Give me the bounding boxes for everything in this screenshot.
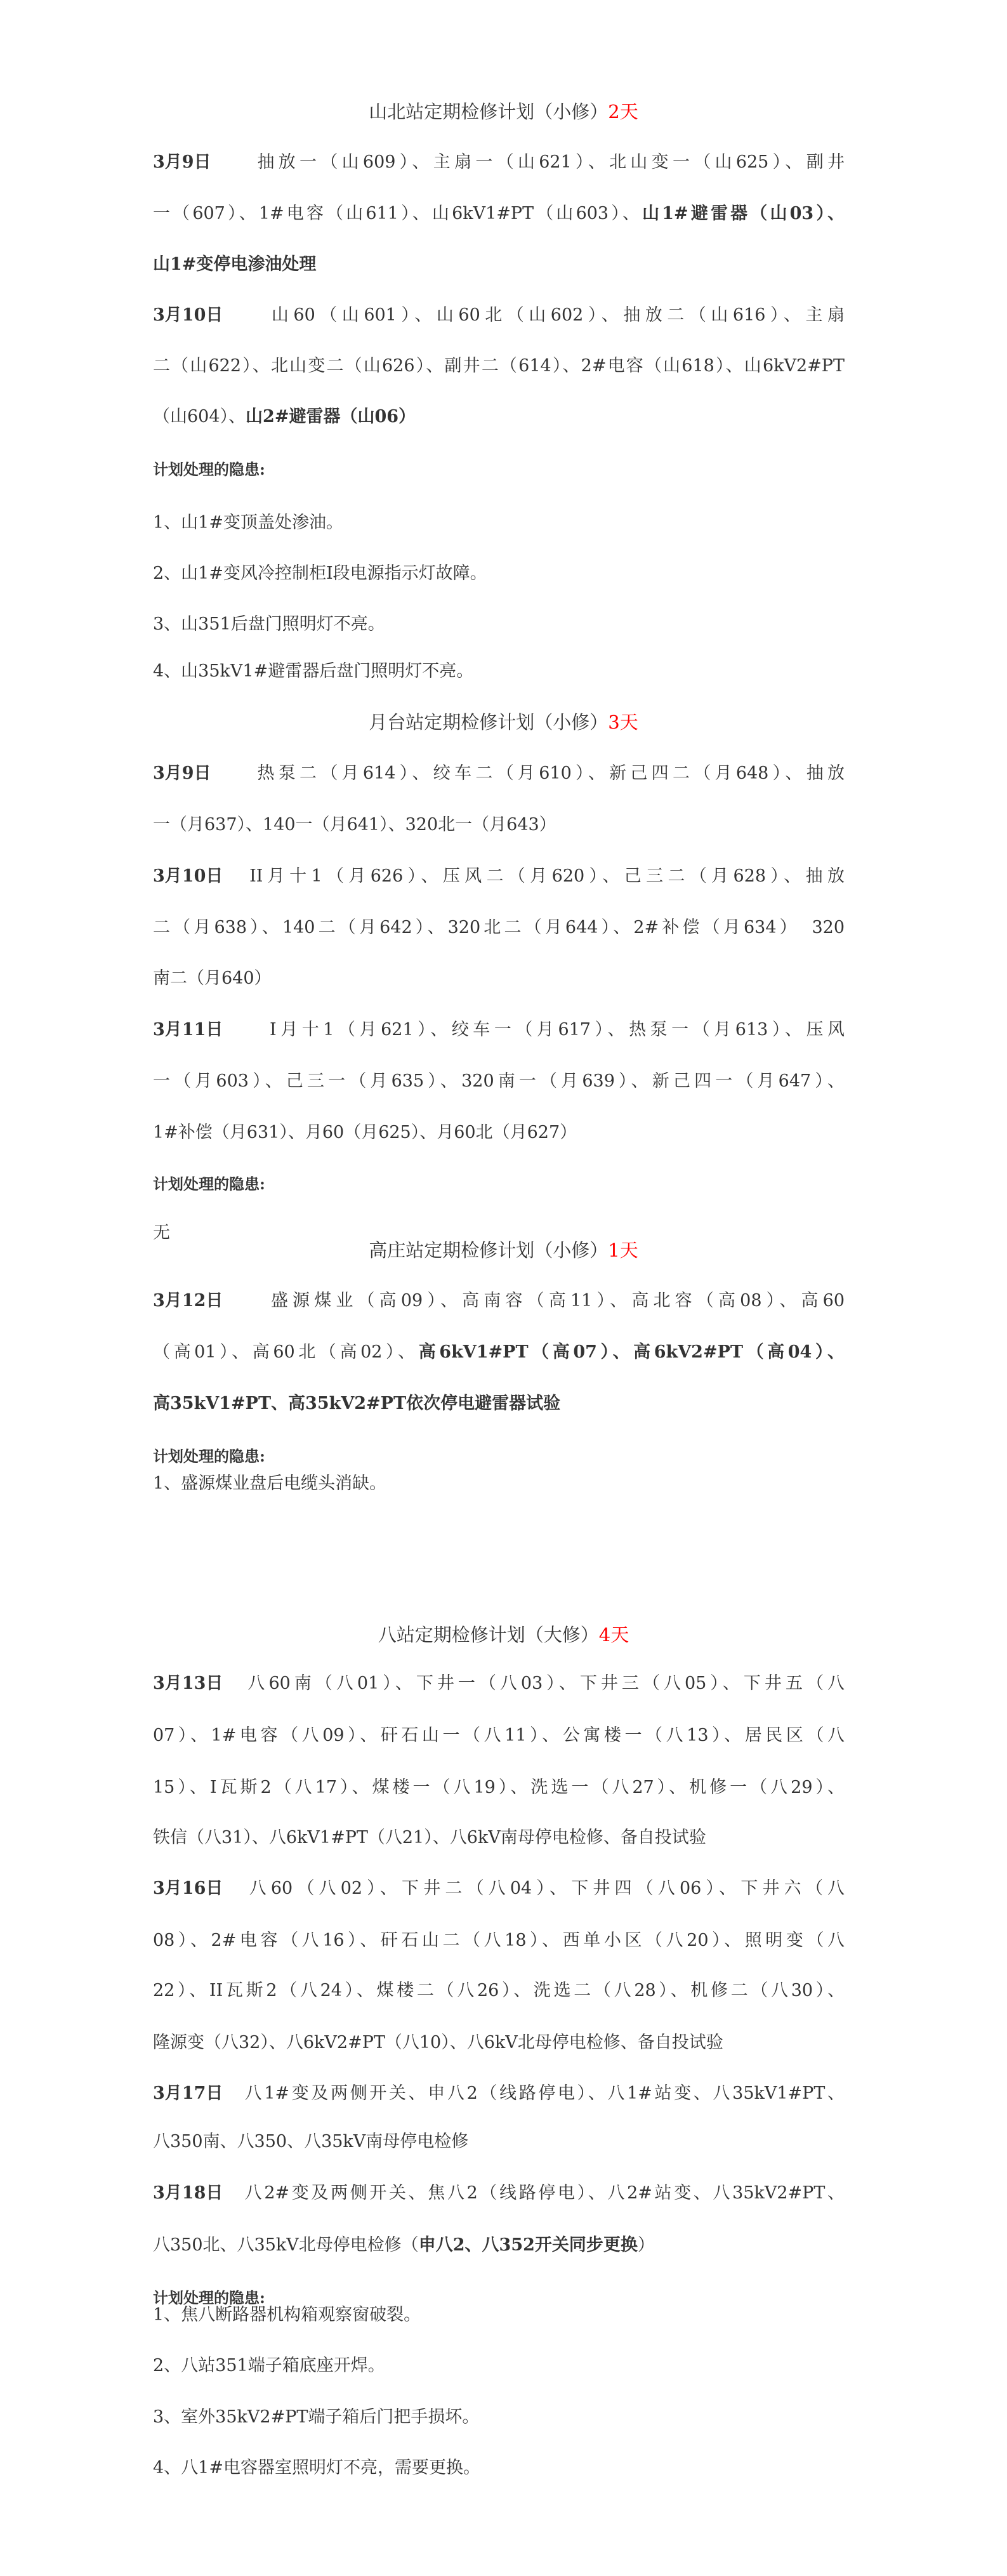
- schedule-line: 15）、I瓦斯2（八17）、煤楼一（八19）、洗选一（八27）、机修一（八29）…: [153, 1775, 845, 1800]
- schedule-line: 铁信（八31）、八6kV1#PT（八21）、八6kV南母停电检修、备自投试验: [153, 1825, 845, 1851]
- title-text: 月台站定期检修计划（小修）: [369, 711, 608, 733]
- schedule-date: 3月13日: [153, 1671, 223, 1696]
- line-text: 热泵二（月614）、绞车二（月610）、新己四二（月648）、抽放: [257, 763, 845, 783]
- line-text: 盛源煤业（高09）、高南容（高11）、高北容（高08）、高60: [271, 1291, 845, 1311]
- schedule-date: 3月11日: [153, 1017, 223, 1043]
- schedule-line: 3月9日 抽放一（山609）、主扇一（山621）、北山变一（山625）、副井: [153, 150, 845, 175]
- schedule-line: 08）、2#电容（八16）、矸石山二（八18）、西单小区（八20）、照明变（八: [153, 1928, 845, 1953]
- schedule-line: 3月16日 八60（八02）、下井二（八04）、下井四（八06）、下井六（八: [153, 1876, 845, 1901]
- hazard-heading: 计划处理的隐患:: [153, 1173, 265, 1195]
- line-bold-text: 申八2、八352开关同步更换: [419, 2235, 638, 2255]
- schedule-date: 3月9日: [153, 761, 211, 786]
- line-text: 15）、I瓦斯2（八17）、煤楼一（八19）、洗选一（八27）、机修一（八29）…: [153, 1778, 845, 1797]
- section-title-gaozhuang: 高庄站定期检修计划（小修）1天: [0, 1238, 1007, 1263]
- line-bold-text: 高35kV1#PT、高35kV2#PT依次停电避雷器试验: [153, 1394, 560, 1413]
- hazard-item: 1、山1#变顶盖处渗油。: [153, 510, 343, 536]
- schedule-line: 一（月603）、己三一（月635）、320南一（月639）、新己四一（月647）…: [153, 1069, 845, 1094]
- schedule-date: 3月16日: [153, 1876, 223, 1901]
- schedule-line: 八350北、八35kV北母停电检修（申八2、八352开关同步更换）: [153, 2233, 845, 2258]
- schedule-line: （高01）、高60北（高02）、高6kV1#PT（高07）、高6kV2#PT（高…: [153, 1340, 845, 1365]
- line-text: 二（山622）、北山变二（山626）、副井二（614）、2#电容（山618）、山…: [153, 356, 845, 376]
- days-badge: 4天: [599, 1624, 629, 1646]
- hazard-item: 3、室外35kV2#PT端子箱后门把手损坏。: [153, 2405, 479, 2430]
- days-badge: 1天: [608, 1239, 638, 1261]
- line-text: （高01）、高60北（高02）、: [153, 1342, 419, 1362]
- schedule-line: 3月10日 II月十1（月626）、压风二（月620）、己三二（月628）、抽放: [153, 864, 845, 889]
- hazard-heading: 计划处理的隐患:: [153, 1446, 265, 1467]
- hazard-item: 3、山351后盘门照明灯不亮。: [153, 612, 385, 637]
- schedule-line: 八350南、八350、八35kV南母停电检修: [153, 2129, 845, 2155]
- title-text: 山北站定期检修计划（小修）: [369, 101, 608, 122]
- title-text: 高庄站定期检修计划（小修）: [369, 1239, 608, 1261]
- line-text: 八60南（八01）、下井一（八03）、下井三（八05）、下井五（八: [247, 1674, 845, 1693]
- schedule-line: 3月18日 八2#变及两侧开关、焦八2（线路停电）、八2#站变、八35kV2#P…: [153, 2181, 845, 2206]
- document-page: 山北站定期检修计划（小修）2天 3月9日 抽放一（山609）、主扇一（山621）…: [0, 0, 1007, 2576]
- section-title-shanbei: 山北站定期检修计划（小修）2天: [0, 99, 1007, 124]
- line-text: I月十1（月621）、绞车一（月617）、热泵一（月613）、压风: [270, 1020, 845, 1040]
- schedule-line: （山604）、山2#避雷器（山06）: [153, 404, 845, 430]
- schedule-line: 二（月638）、140二（月642）、320北二（月644）、2#补偿（月634…: [153, 915, 845, 941]
- line-text: 八2#变及两侧开关、焦八2（线路停电）、八2#站变、八35kV2#PT、: [245, 2183, 845, 2203]
- section-title-yuetai: 月台站定期检修计划（小修）3天: [0, 710, 1007, 735]
- schedule-line: 07）、1#电容（八09）、矸石山一（八11）、公寓楼一（八13）、居民区（八: [153, 1723, 845, 1748]
- schedule-line: 3月12日 盛源煤业（高09）、高南容（高11）、高北容（高08）、高60: [153, 1288, 845, 1314]
- line-text: ）: [638, 2235, 655, 2255]
- hazard-heading: 计划处理的隐患:: [153, 459, 265, 480]
- schedule-date: 3月17日: [153, 2081, 223, 2106]
- schedule-line: 3月9日 热泵二（月614）、绞车二（月610）、新己四二（月648）、抽放: [153, 761, 845, 786]
- schedule-line: 一（607）、1#电容（山611）、山6kV1#PT（山603）、山1#避雷器（…: [153, 201, 845, 227]
- line-text: 抽放一（山609）、主扇一（山621）、北山变一（山625）、副井: [257, 152, 845, 172]
- hazard-item: 1、盛源煤业盘后电缆头消缺。: [153, 1471, 386, 1496]
- line-text: 南二（月640）: [153, 968, 272, 988]
- schedule-line: 22）、II瓦斯2（八24）、煤楼二（八26）、洗选二（八28）、机修二（八30…: [153, 1978, 845, 2004]
- line-bold-text: 山1#避雷器（山03）、: [642, 204, 845, 223]
- line-text: 二（月638）、140二（月642）、320北二（月644）、2#补偿（月634…: [153, 918, 845, 937]
- line-text: 铁信（八31）、八6kV1#PT（八21）、八6kV南母停电检修、备自投试验: [153, 1828, 706, 1847]
- line-text: II月十1（月626）、压风二（月620）、己三二（月628）、抽放: [249, 866, 845, 886]
- line-text: 07）、1#电容（八09）、矸石山一（八11）、公寓楼一（八13）、居民区（八: [153, 1726, 845, 1745]
- line-text: 一（月603）、己三一（月635）、320南一（月639）、新己四一（月647）…: [153, 1071, 845, 1091]
- line-text: 22）、II瓦斯2（八24）、煤楼二（八26）、洗选二（八28）、机修二（八30…: [153, 1981, 845, 2000]
- schedule-line: 3月17日 八1#变及两侧开关、申八2（线路停电）、八1#站变、八35kV1#P…: [153, 2081, 845, 2106]
- schedule-date: 3月18日: [153, 2181, 223, 2206]
- schedule-line: 3月11日 I月十1（月621）、绞车一（月617）、热泵一（月613）、压风: [153, 1017, 845, 1043]
- line-bold-text: 山2#避雷器（山06）: [246, 407, 416, 426]
- schedule-date: 3月10日: [153, 303, 223, 328]
- line-text: 山60（山601）、山60北（山602）、抽放二（山616）、主扇: [272, 305, 845, 325]
- line-bold-text: 山1#变停电渗油处理: [153, 254, 316, 274]
- line-text: 八350南、八350、八35kV南母停电检修: [153, 2132, 468, 2151]
- line-text: 隆源变（八32）、八6kV2#PT（八10）、八6kV北母停电检修、备自投试验: [153, 2033, 723, 2052]
- schedule-line: 山1#变停电渗油处理: [153, 252, 845, 277]
- schedule-line: 3月13日 八60南（八01）、下井一（八03）、下井三（八05）、下井五（八: [153, 1671, 845, 1696]
- hazard-item: 2、山1#变风冷控制柜Ⅰ段电源指示灯故障。: [153, 561, 487, 586]
- schedule-line: 1#补偿（月631）、月60（月625）、月60北（月627）: [153, 1120, 845, 1146]
- line-bold-text: 高6kV1#PT（高07）、高6kV2#PT（高04）、: [419, 1342, 845, 1362]
- title-text: 八站定期检修计划（大修）: [378, 1624, 599, 1646]
- line-text: 1#补偿（月631）、月60（月625）、月60北（月627）: [153, 1123, 577, 1142]
- line-text: （山604）、: [153, 407, 246, 426]
- schedule-date: 3月9日: [153, 150, 211, 175]
- hazard-item: 4、山35kV1#避雷器后盘门照明灯不亮。: [153, 659, 473, 684]
- schedule-line: 一（月637）、140一（月641）、320北一（月643）: [153, 812, 845, 838]
- schedule-line: 南二（月640）: [153, 966, 845, 991]
- line-text: 八350北、八35kV北母停电检修（: [153, 2235, 419, 2255]
- line-text: 八1#变及两侧开关、申八2（线路停电）、八1#站变、八35kV1#PT、: [245, 2084, 845, 2103]
- days-badge: 2天: [608, 101, 638, 122]
- schedule-date: 3月12日: [153, 1288, 223, 1314]
- line-text: 08）、2#电容（八16）、矸石山二（八18）、西单小区（八20）、照明变（八: [153, 1931, 845, 1950]
- schedule-line: 3月10日 山60（山601）、山60北（山602）、抽放二（山616）、主扇: [153, 303, 845, 328]
- schedule-line: 隆源变（八32）、八6kV2#PT（八10）、八6kV北母停电检修、备自投试验: [153, 2030, 845, 2056]
- schedule-line: 二（山622）、北山变二（山626）、副井二（614）、2#电容（山618）、山…: [153, 353, 845, 379]
- schedule-date: 3月10日: [153, 864, 223, 889]
- hazard-item: 1、焦八断路器机构箱观察窗破裂。: [153, 2302, 421, 2328]
- hazard-item: 4、八1#电容器室照明灯不亮，需要更换。: [153, 2455, 480, 2481]
- schedule-line: 高35kV1#PT、高35kV2#PT依次停电避雷器试验: [153, 1391, 845, 1417]
- line-text: 八60（八02）、下井二（八04）、下井四（八06）、下井六（八: [249, 1879, 845, 1898]
- days-badge: 3天: [608, 711, 638, 733]
- hazard-item: 2、八站351端子箱底座开焊。: [153, 2353, 385, 2379]
- section-title-bazhan: 八站定期检修计划（大修）4天: [0, 1622, 1007, 1648]
- line-text: 一（月637）、140一（月641）、320北一（月643）: [153, 815, 556, 835]
- line-text: 一（607）、1#电容（山611）、山6kV1#PT（山603）、: [153, 204, 642, 223]
